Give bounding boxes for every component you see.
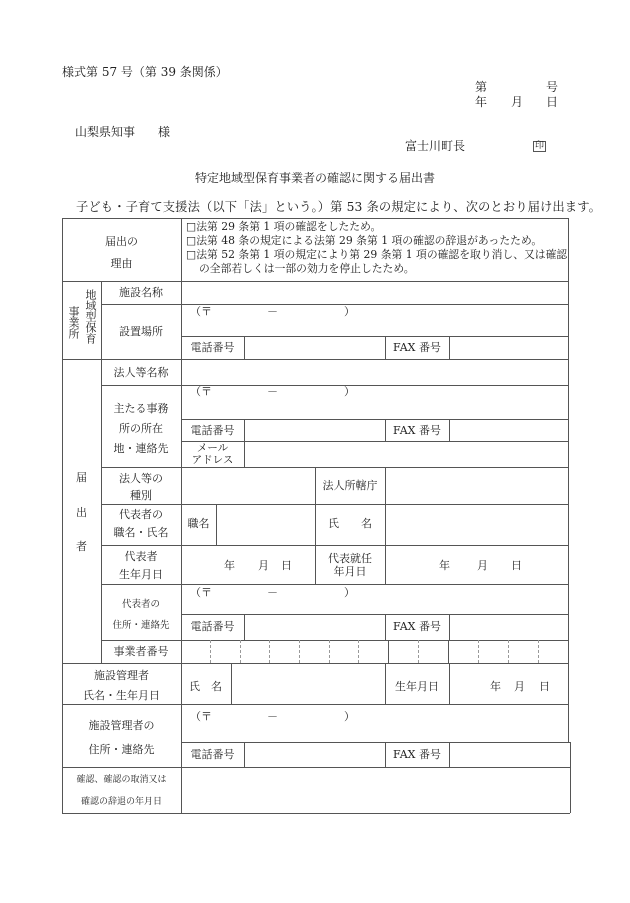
rep-appoint-label-1: 代表就任	[315, 553, 385, 564]
rep-appoint-day: 日	[511, 560, 522, 571]
addressee: 山梨県知事	[75, 126, 135, 138]
email-label-1: メール	[181, 443, 244, 454]
doc-date-month: 月	[511, 96, 523, 108]
manager-name-field[interactable]	[232, 664, 384, 703]
email-field[interactable]	[245, 442, 567, 466]
manager-address-field[interactable]	[182, 723, 567, 741]
rep-title-name-label-1: 代表者の	[101, 509, 181, 520]
facility-phone-field[interactable]	[245, 337, 384, 358]
office-phone-field[interactable]	[245, 420, 384, 440]
reason-label-line1: 届出の	[62, 236, 181, 247]
facility-fax-label: FAX 番号	[385, 342, 449, 353]
manager-birth-month: 月	[514, 681, 525, 692]
office-label-2: 所の所在	[101, 423, 181, 434]
rep-fax-field[interactable]	[450, 615, 567, 639]
doc-date-year-field[interactable]	[460, 94, 474, 108]
rep-birth-label-1: 代表者	[101, 551, 181, 562]
manager-name-birth-label-1: 施設管理者	[62, 670, 181, 681]
facility-phone-label: 電話番号	[181, 342, 244, 353]
corp-authority-field[interactable]	[386, 468, 567, 503]
manager-birth-year: 年	[490, 681, 501, 692]
facility-group-label-a: 事業所	[67, 306, 79, 339]
office-postal[interactable]: （〒 － ）	[190, 386, 355, 397]
rep-phone-label: 電話番号	[181, 621, 244, 632]
office-label-1: 主たる事務	[101, 403, 181, 414]
doc-date-day: 日	[546, 96, 558, 108]
applicant-group-label-2: 出	[62, 507, 101, 518]
office-label-3: 地・連絡先	[101, 443, 181, 454]
manager-name-birth-label-2: 氏名・生年月日	[62, 690, 181, 701]
manager-name-label: 氏 名	[189, 681, 222, 692]
reason-option-3-cont: の全部若しくは一部の効力を停止したため。	[199, 264, 415, 275]
doc-date-year: 年	[475, 96, 487, 108]
reason-option-2[interactable]: □法第 48 条の規定による法第 29 条第 1 項の確認の辞退があったため。	[186, 236, 542, 247]
corp-authority-label: 法人所轄庁	[315, 480, 385, 491]
facility-group-label-b: 地域型保育	[84, 289, 96, 344]
business-no-field[interactable]	[182, 641, 567, 662]
rep-address-label-1: 代表者の	[101, 600, 181, 610]
manager-address-label-1: 施設管理者の	[62, 720, 181, 731]
manager-phone-label: 電話番号	[181, 749, 244, 760]
manager-address-label-2: 住所・連絡先	[62, 744, 181, 755]
rep-address-label-2: 住所・連絡先	[101, 621, 181, 631]
rep-appoint-label-2: 年月日	[315, 566, 385, 577]
corp-type-label-2: 種別	[101, 490, 181, 501]
corp-name-label: 法人等名称	[101, 367, 181, 378]
document-title: 特定地域型保育事業者の確認に関する届出書	[0, 172, 630, 184]
facility-postal[interactable]: （〒 － ）	[190, 306, 355, 317]
rep-title-field[interactable]	[217, 505, 314, 544]
business-no-label: 事業者番号	[101, 646, 181, 657]
manager-fax-field[interactable]	[450, 743, 569, 766]
facility-fax-field[interactable]	[450, 337, 567, 358]
rep-birth-month: 月	[258, 560, 269, 571]
applicant-group-label-3: 者	[62, 541, 101, 552]
office-fax-field[interactable]	[450, 420, 567, 440]
corp-name-field[interactable]	[182, 360, 567, 384]
confirm-date-label-2: 確認の辞退の年月日	[62, 798, 181, 807]
rep-appoint-month: 月	[477, 560, 488, 571]
rep-name-label: 氏 名	[315, 518, 385, 529]
addressee-honorific: 様	[158, 126, 170, 138]
intro-text: 子ども・子育て支援法（以下「法」という。）第 53 条の規定により、次のとおり届…	[76, 201, 601, 213]
manager-birth-label: 生年月日	[385, 681, 449, 692]
reason-option-1[interactable]: □法第 29 条第 1 項の確認をしたため。	[186, 222, 381, 233]
form-number: 様式第 57 号（第 39 条関係）	[62, 66, 228, 78]
rep-birth-field[interactable]	[182, 546, 314, 583]
rep-title-name-label-2: 職名・氏名	[101, 527, 181, 538]
rep-fax-label: FAX 番号	[385, 621, 449, 632]
sender: 富士川町長	[405, 140, 465, 152]
email-label-2: アドレス	[181, 455, 244, 466]
manager-birth-day: 日	[539, 681, 550, 692]
facility-name-label: 施設名称	[101, 287, 181, 298]
rep-birth-label-2: 生年月日	[101, 569, 181, 580]
office-fax-label: FAX 番号	[385, 425, 449, 436]
facility-name-field[interactable]	[182, 282, 567, 303]
reason-label-line2: 理由	[62, 258, 181, 269]
doc-number-field[interactable]	[492, 79, 542, 93]
seal-mark: 印	[533, 141, 546, 152]
rep-title-label: 職名	[181, 518, 216, 529]
reason-option-3[interactable]: □法第 52 条第 1 項の規定により第 29 条第 1 項の確認を取り消し、又…	[186, 250, 567, 261]
doc-number-suffix: 号	[546, 81, 558, 93]
corp-type-field[interactable]	[182, 468, 314, 503]
rep-appoint-year: 年	[439, 560, 450, 571]
confirm-date-field[interactable]	[182, 768, 569, 812]
manager-postal[interactable]: （〒 － ）	[190, 711, 355, 722]
doc-number-prefix: 第	[475, 81, 487, 93]
rep-name-field[interactable]	[386, 505, 567, 544]
corp-type-label-1: 法人等の	[101, 473, 181, 484]
facility-address-field[interactable]	[182, 318, 567, 335]
rep-birth-day: 日	[281, 560, 292, 571]
manager-fax-label: FAX 番号	[385, 749, 449, 760]
rep-birth-year: 年	[224, 560, 235, 571]
applicant-group-label-1: 届	[62, 472, 101, 483]
confirm-date-label-1: 確認、確認の取消又は	[62, 776, 181, 785]
rep-phone-field[interactable]	[245, 615, 384, 639]
office-address-field[interactable]	[182, 398, 567, 418]
office-phone-label: 電話番号	[181, 425, 244, 436]
rep-postal[interactable]: （〒 － ）	[190, 587, 355, 598]
manager-phone-field[interactable]	[245, 743, 384, 766]
rep-address-field[interactable]	[182, 599, 567, 613]
facility-location-label: 設置場所	[101, 326, 181, 337]
